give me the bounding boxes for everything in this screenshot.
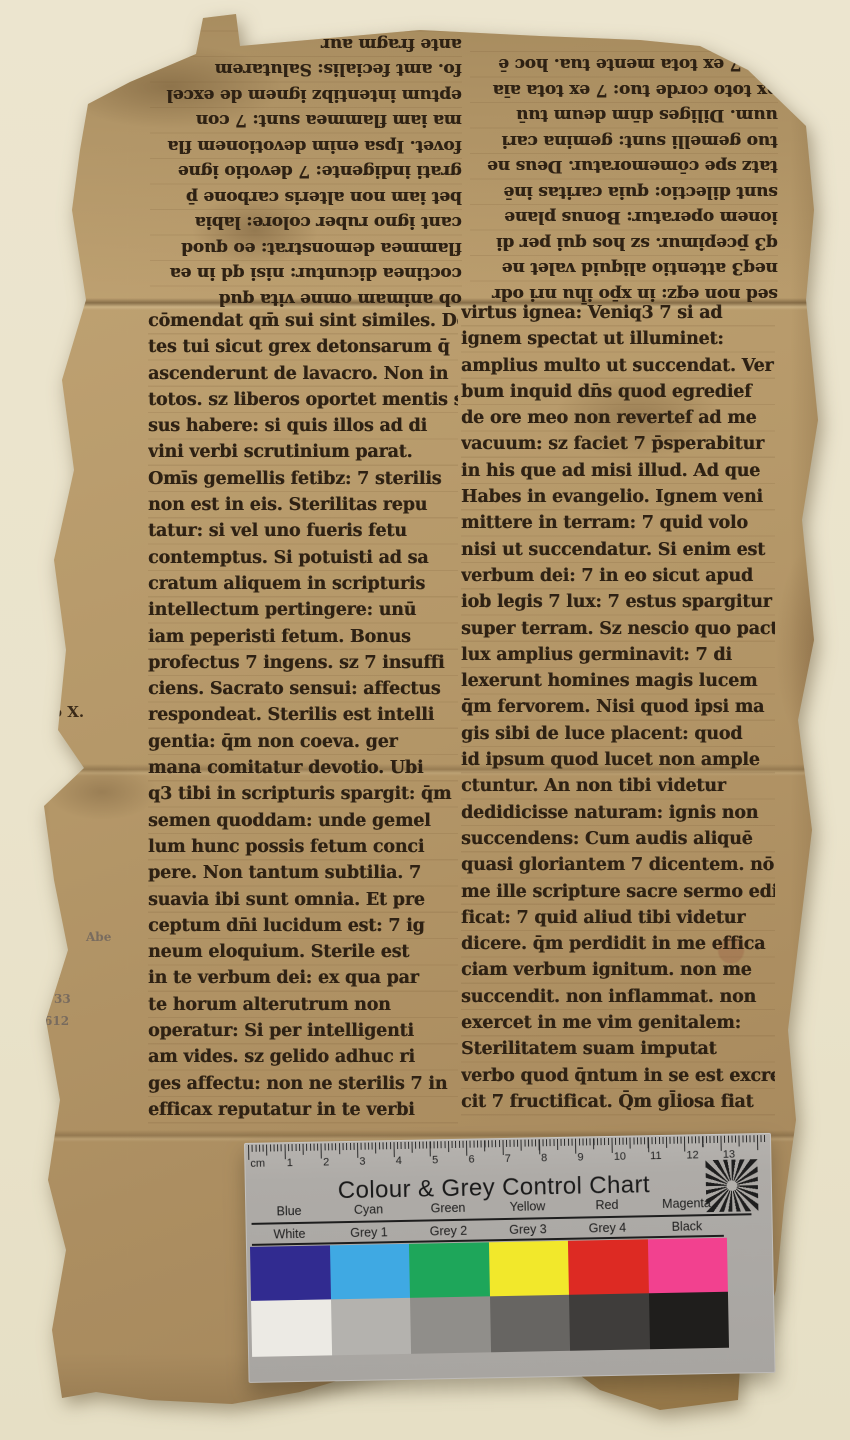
manuscript-line: me ille scripture sacre sermo edi xyxy=(461,879,775,905)
manuscript-line: fovet. Ipsa enim devotionem fla xyxy=(150,133,462,159)
ruler-number: 5 xyxy=(430,1154,467,1167)
grey-label: Grey 3 xyxy=(488,1222,568,1238)
manuscript-line: ma iam flammea sunt: 7 con xyxy=(150,107,462,133)
manuscript-line: succendens: Cum audis aliquē xyxy=(461,826,775,852)
manuscript-line: te horum alterutrum non xyxy=(148,992,458,1018)
color-swatch xyxy=(409,1242,490,1298)
manuscript-line: eptum intentibz ignem de excel xyxy=(150,82,462,108)
manuscript-line: mittere in terram: 7 quid volo xyxy=(461,510,775,536)
color-control-chart-card: cm12345678910111213 Colour & Grey Contro… xyxy=(244,1133,776,1383)
marginal-note: 33 xyxy=(54,992,71,1006)
manuscript-line: de ore meo non revertef ad me xyxy=(461,405,775,431)
manuscript-line: bet iam non alteris carbone p̄ xyxy=(150,184,462,210)
manuscript-line: cratum aliquem in scripturis xyxy=(148,571,458,597)
manuscript-column-right: virtus ignea: Veniq3 7 si adignem specta… xyxy=(461,300,775,1116)
manuscript-line: ionem operatur: Bonus plane xyxy=(470,204,778,230)
manuscript-line: Omīs gemellis fetibz: 7 sterilis xyxy=(148,466,458,492)
manuscript-line: tatz spe cōmemoratur. Deus ne xyxy=(470,153,778,179)
manuscript-line: ignem spectat ut illuminet: xyxy=(461,326,775,352)
grey-label: Grey 4 xyxy=(568,1220,648,1236)
ruler-number: 6 xyxy=(466,1153,503,1166)
marginal-note: 612 xyxy=(44,1014,69,1028)
manuscript-line: semen quoddam: unde gemel xyxy=(148,808,458,834)
manuscript-line: q3 p̄cepimur. sz hos qui per di xyxy=(470,230,778,256)
manuscript-line: cant igno ruber colore: labia xyxy=(150,209,462,235)
manuscript-line: bum inquid dn̄s quod egredief xyxy=(461,379,775,405)
manuscript-line: lexerunt homines magis lucem xyxy=(461,668,775,694)
manuscript-line: efficax reputatur in te verbi xyxy=(148,1097,458,1123)
manuscript-line: gis sibi de luce placent: quod xyxy=(461,721,775,747)
manuscript-line: profectus 7 ingens. sz 7 insuffi xyxy=(148,650,458,676)
ruler-number: 7 xyxy=(503,1152,540,1165)
manuscript-line: lux amplius germinavit: 7 di xyxy=(461,642,775,668)
color-label: Green xyxy=(408,1200,488,1216)
manuscript-line: amplius multo ut succendat. Ver xyxy=(461,353,775,379)
grey-swatch xyxy=(569,1293,650,1351)
manuscript-line: tes tui sicut grex detonsarum q̄ xyxy=(148,334,458,360)
manuscript-line: cit 7 fructificat. Q̄m gl̄iosa fiat xyxy=(461,1089,775,1115)
manuscript-line: ciens. Sacrato sensui: affectus xyxy=(148,676,458,702)
ruler-number: 3 xyxy=(357,1155,394,1168)
manuscript-line: vacuum: sz faciet 7 p̄sperabitur xyxy=(461,431,775,457)
manuscript-line: operatur: Si per intelligenti xyxy=(148,1018,458,1044)
manuscript-line: Sterilitatem suam imputat xyxy=(461,1036,775,1062)
grey-swatch xyxy=(251,1299,332,1357)
manuscript-line: vini verbi scrutinium parat. xyxy=(148,439,458,465)
grey-swatch xyxy=(489,1295,570,1353)
manuscript-line: in te verbum dei: ex qua par xyxy=(148,965,458,991)
manuscript-line: ctuntur. An non tibi videtur xyxy=(461,773,775,799)
manuscript-line: mana comitatur devotio. Ubi xyxy=(148,755,458,781)
photo-wall-background: { "photo": { "background_color": "#eae3c… xyxy=(0,0,850,1440)
marginal-note: ff xyxy=(50,968,60,982)
manuscript-line: non est in eis. Sterilitas repu xyxy=(148,492,458,518)
manuscript-line: grati indigente: 7 devotio igne xyxy=(150,158,462,184)
color-swatch xyxy=(329,1244,410,1300)
grey-swatch xyxy=(331,1298,412,1356)
manuscript-line: tuo gemelli sunt: gemina cari xyxy=(470,128,778,154)
ruler-number: cm xyxy=(248,1157,285,1170)
manuscript-line: ante fragm aur xyxy=(150,31,462,57)
manuscript-line: cōmendat qm̄ sui sint similes. Dē xyxy=(148,308,458,334)
grey-label: White xyxy=(250,1226,330,1242)
ruler-number: 2 xyxy=(321,1156,358,1169)
manuscript-line: neq3 attentio aliquid valet ne xyxy=(470,255,778,281)
manuscript-line: am vides. sz gelido adhuc ri xyxy=(148,1044,458,1070)
ruler-number: 9 xyxy=(575,1151,612,1164)
manuscript-line: ficat: 7 quid aliud tibi videtur xyxy=(461,905,775,931)
manuscript-line: tatur: si vel uno fueris fetu xyxy=(148,518,458,544)
grey-swatch-row xyxy=(251,1292,729,1357)
ruler-number: 1 xyxy=(285,1157,322,1170)
marginal-note: Abe xyxy=(86,930,111,944)
manuscript-line: ceptum dn̄i lucidum est: 7 ig xyxy=(148,913,458,939)
manuscript-line: fo. amt fecialis: Salutarem xyxy=(150,56,462,82)
marginal-note: o X. xyxy=(52,703,84,721)
manuscript-line: super terram. Sz nescio quo pacto xyxy=(461,616,775,642)
manuscript-line: contemptus. Si potuisti ad sa xyxy=(148,545,458,571)
grey-swatch xyxy=(410,1296,491,1354)
color-label: Yellow xyxy=(488,1199,568,1215)
manuscript-line: gentia: q̄m non coeva. ger xyxy=(148,729,458,755)
grey-label: Grey 2 xyxy=(409,1223,489,1239)
manuscript-line: uum. Diliges dn̄m deum tuū xyxy=(470,102,778,128)
color-swatch-row xyxy=(250,1238,728,1301)
manuscript-line: Habes in evangelio. Ignem veni xyxy=(461,484,775,510)
color-swatch xyxy=(568,1239,649,1295)
ruler-number: 11 xyxy=(648,1150,685,1163)
manuscript-line: ciam verbum ignitum. non me xyxy=(461,957,775,983)
color-label: Red xyxy=(567,1197,647,1213)
color-control-chart-position: cm12345678910111213 Colour & Grey Contro… xyxy=(244,1133,776,1383)
manuscript-line: pere. Non tantum subtilia. 7 xyxy=(148,860,458,886)
manuscript-line: in his que ad misi illud. Ad que xyxy=(461,458,775,484)
manuscript-line: ex toto corde tuo: 7 ex tota aīa xyxy=(470,77,778,103)
manuscript-line: iob legis 7 lux: 7 estus spargitur xyxy=(461,589,775,615)
manuscript-line: sunt dilectio: quia caritas inē xyxy=(470,179,778,205)
manuscript-line: respondeat. Sterilis est intelli xyxy=(148,702,458,728)
manuscript-column-top-left-inverted: ob animam omne vita qudcoctinea dicuntur… xyxy=(150,30,462,311)
manuscript-line: id ipsum quod lucet non ample xyxy=(461,747,775,773)
manuscript-line: coctinea dicuntur: nisi qd in ea xyxy=(150,260,462,286)
color-swatch xyxy=(250,1245,331,1301)
manuscript-line: verbo quod q̄ntum in se est excres xyxy=(461,1063,775,1089)
manuscript-line: totos. sz liberos oportet mentis sē xyxy=(148,387,458,413)
manuscript-line: dedidicisse naturam: ignis non xyxy=(461,800,775,826)
color-label: Magenta xyxy=(647,1196,727,1212)
manuscript-line: q3 tibi in scripturis spargit: q̄m xyxy=(148,781,458,807)
manuscript-line: verbum dei: 7 in eo sicut apud xyxy=(461,563,775,589)
manuscript-line: ascenderunt de lavacro. Non in xyxy=(148,361,458,387)
manuscript-column-left: cōmendat qm̄ sui sint similes. Dētes tui… xyxy=(148,308,458,1124)
manuscript-line: virtus ignea: Veniq3 7 si ad xyxy=(461,300,775,326)
ruler-number: 8 xyxy=(539,1152,576,1165)
manuscript-line: dicere. q̄m perdidit in me effica xyxy=(461,931,775,957)
manuscript-line: flammea demonstrat: eo quod xyxy=(150,235,462,261)
manuscript-line: neum eloquium. Sterile est xyxy=(148,939,458,965)
manuscript-line: suavia ibi sunt omnia. Et pre xyxy=(148,887,458,913)
grey-label: Grey 1 xyxy=(329,1225,409,1241)
manuscript-line: iam peperisti fetum. Bonus xyxy=(148,624,458,650)
ruler-number: 10 xyxy=(612,1150,649,1163)
color-label: Cyan xyxy=(329,1202,409,1218)
manuscript-line: q̄m fervorem. Nisi quod ipsi ma xyxy=(461,694,775,720)
manuscript-line: ges affectu: non ne sterilis 7 in xyxy=(148,1071,458,1097)
color-swatch xyxy=(488,1241,569,1297)
grey-label: Black xyxy=(647,1219,727,1235)
manuscript-line: succendit. non inflammat. non xyxy=(461,984,775,1010)
manuscript-line: nisi ut succendatur. Si enim est xyxy=(461,537,775,563)
color-label: Blue xyxy=(249,1203,329,1219)
manuscript-line: tua 7 ex tota mente tua. hoc ē xyxy=(470,51,778,77)
manuscript-line: sus habere: si quis illos ad di xyxy=(148,413,458,439)
manuscript-line: quasi gloriantem 7 dicentem. nō xyxy=(461,852,775,878)
manuscript-line: exercet in me vim genitalem: xyxy=(461,1010,775,1036)
color-swatch xyxy=(647,1238,728,1294)
grey-swatch xyxy=(648,1292,729,1350)
manuscript-line: lum hunc possis fetum conci xyxy=(148,834,458,860)
ruler-number: 4 xyxy=(394,1154,431,1167)
manuscript-column-top-right-inverted: sed non eqz: in xp̄o ih̄u nri odrneq3 at… xyxy=(470,26,778,306)
manuscript-line: intellectum pertingere: unū xyxy=(148,597,458,623)
